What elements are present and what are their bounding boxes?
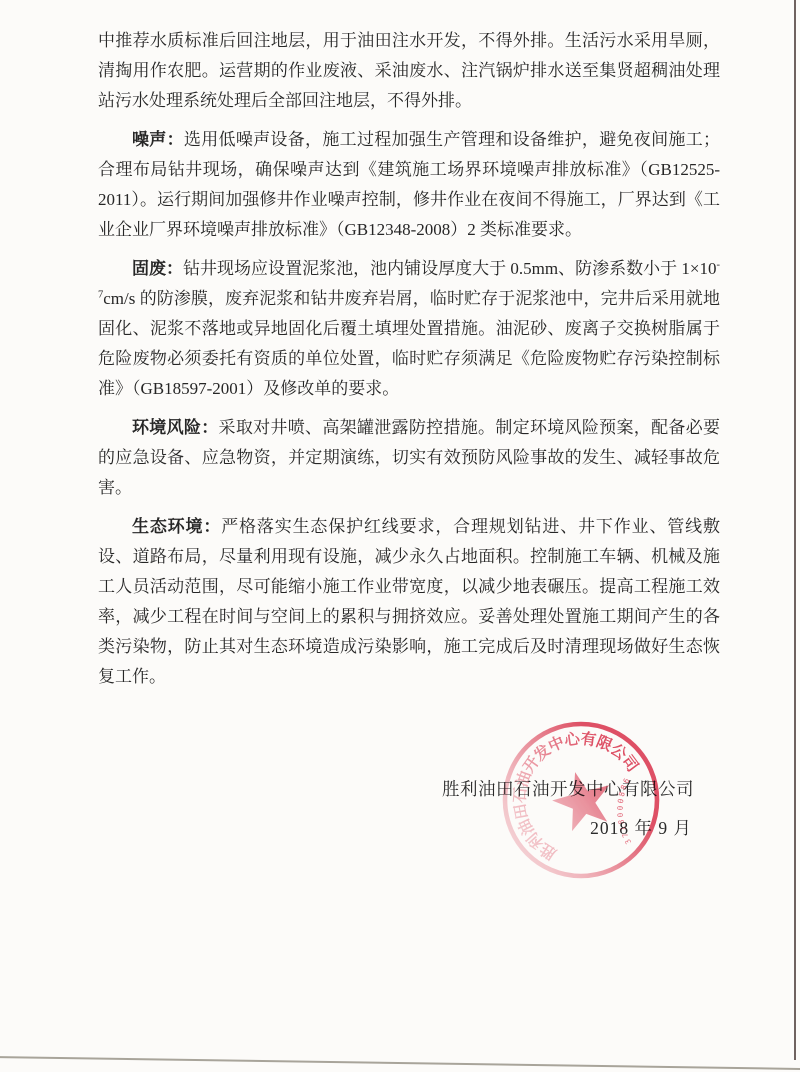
document-page: 中推荐水质标准后回注地层，用于油田注水开发，不得外排。生活污水采用旱厕，清掏用作… [0, 0, 800, 1072]
scan-edge-right [794, 0, 796, 1060]
paragraph-solid-waste: 固废：钻井现场应设置泥浆池，池内铺设厚度大于 0.5mm、防渗系数小于 1×10… [98, 254, 720, 404]
paragraph-text: 严格落实生态保护红线要求，合理规划钻进、井下作业、管线敷设、道路布局，尽量利用现… [98, 517, 720, 686]
paragraph-water-continuation: 中推荐水质标准后回注地层，用于油田注水开发，不得外排。生活污水采用旱厕，清掏用作… [98, 26, 720, 116]
paragraph-lead: 噪声： [132, 130, 184, 149]
document-body: 中推荐水质标准后回注地层，用于油田注水开发，不得外排。生活污水采用旱厕，清掏用作… [98, 26, 720, 701]
paragraph-text: 选用低噪声设备，施工过程加强生产管理和设备维护，避免夜间施工；合理布局钻井现场，… [98, 130, 720, 239]
seal-serial-number: 3718000886 [589, 773, 664, 848]
paragraph-text: cm/s 的防渗膜，废弃泥浆和钻井废弃岩屑，临时贮存于泥浆池中，完井后采用就地固… [98, 289, 720, 398]
paragraph-lead: 环境风险： [132, 418, 219, 437]
paragraph-lead: 固废： [132, 259, 183, 278]
company-seal-stamp: 胜利油田石油开发中心有限公司 3718000886 [481, 700, 681, 900]
svg-text:3718000886: 3718000886 [589, 773, 664, 848]
paragraph-ecology: 生态环境：严格落实生态保护红线要求，合理规划钻进、井下作业、管线敷设、道路布局，… [98, 512, 720, 692]
paragraph-environmental-risk: 环境风险：采取对井喷、高架罐泄露防控措施。制定环境风险预案，配备必要的应急设备、… [98, 413, 720, 503]
star-icon [547, 765, 619, 834]
scan-edge-bottom [0, 1056, 800, 1070]
paragraph-noise: 噪声：选用低噪声设备，施工过程加强生产管理和设备维护，避免夜间施工；合理布局钻井… [98, 125, 720, 245]
seal-graphic: 胜利油田石油开发中心有限公司 3718000886 [481, 700, 681, 900]
paragraph-text: 中推荐水质标准后回注地层，用于油田注水开发，不得外排。生活污水采用旱厕，清掏用作… [98, 31, 720, 110]
paragraph-lead: 生态环境： [132, 517, 221, 536]
paragraph-text: 钻井现场应设置泥浆池，池内铺设厚度大于 0.5mm、防渗系数小于 1×10 [183, 259, 716, 278]
